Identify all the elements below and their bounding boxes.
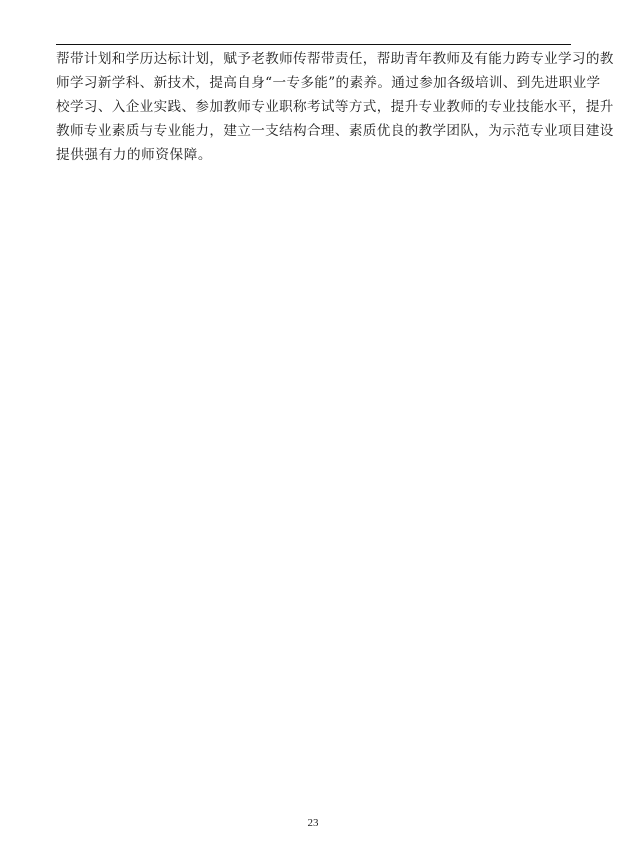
paragraph-line: 师学习新学科、新技术，提高自身“一专多能”的素养。通过参加各级培训、到先进职业学 [56,71,571,95]
header-rule [56,44,571,45]
paragraph-line: 帮带计划和学历达标计划，赋予老教师传帮带责任，帮助青年教师及有能力跨专业学习的教 [56,47,571,71]
paragraph-line: 教师专业素质与专业能力，建立一支结构合理、素质优良的教学团队，为示范专业项目建设 [56,119,571,143]
page-number: 23 [0,817,626,829]
paragraph-line: 提供强有力的师资保障。 [56,143,571,167]
body-paragraph: 帮带计划和学历达标计划，赋予老教师传帮带责任，帮助青年教师及有能力跨专业学习的教… [56,47,571,167]
paragraph-line: 校学习、入企业实践、参加教师专业职称考试等方式，提升专业教师的专业技能水平，提升 [56,95,571,119]
